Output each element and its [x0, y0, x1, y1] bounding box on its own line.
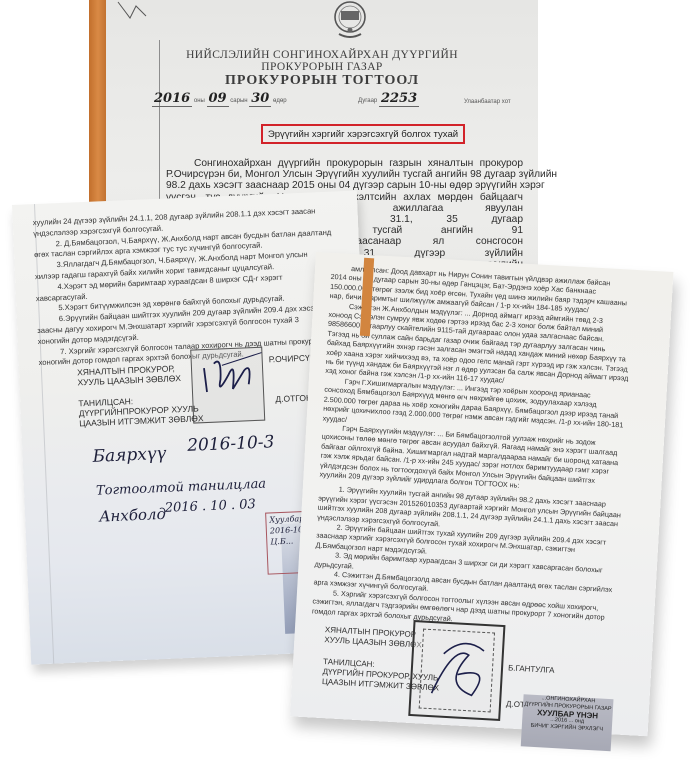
date-line: 2016 оны 09 сарын 30 өдөр	[152, 91, 287, 106]
day-label: өдөр	[273, 98, 287, 104]
certified-copy-stamp: ...ОНГИНОХАЙРХАН ДҮҮРГИЙН ПРОКУРОРЫН ГАЗ…	[521, 694, 614, 751]
number-line: Дугаар 2253	[358, 91, 419, 106]
state-emblem-icon	[325, 0, 375, 40]
signer-title: ХЯНАЛТЫН ПРОКУРОР, ХУУЛЬ ЦААЗЫН ЗӨВЛӨХ	[77, 363, 181, 387]
body-text-line: 98.2 дахь хэсэгт зааснаар 2015 оны 04 дү…	[166, 180, 523, 191]
year-label: оны	[194, 98, 205, 104]
handwritten-name-1: Баярхүү	[92, 444, 167, 467]
acknowledged-title-right: ТАНИЛЦСАН: ДҮҮРГИЙН ПРОКУРОР, ХУУЛЬ ЦААЗ…	[322, 657, 441, 693]
date-day: 30	[249, 91, 271, 107]
date-year: 2016	[152, 91, 192, 107]
city-label: Улаанбаатар хот	[464, 99, 511, 105]
signer-name-right: Б.ГАНТУЛГА	[508, 663, 555, 676]
document-number: 2253	[379, 91, 419, 107]
handwritten-date-2: 2016 . 10 . 03	[165, 497, 257, 516]
stamp-line: Ц.Б...	[270, 537, 293, 547]
stamp-line: Хуулбар	[269, 514, 304, 524]
org-name-line1: НИЙСЛЭЛИЙН СОНГИНОХАЙРХАН ДҮҮРГИЙН	[106, 49, 538, 61]
acknowledged-title: ТАНИЛЦСАН: ДҮҮРГИЙНПРОКУРОР ХУУЛЬ ЦААЗЫН…	[78, 393, 204, 428]
handwritten-acknowledgement: Тогтоолтой танилцлаа	[96, 477, 267, 499]
ink-scribble-mark	[116, 0, 156, 22]
doc-type-heading: ПРОКУРОРЫН ТОГТООЛ	[106, 73, 538, 89]
stamp-line: 2016-10	[270, 525, 304, 535]
number-label: Дугаар	[358, 98, 377, 104]
signer-title-right: ХЯНАЛТЫН ПРОКУРОР ХУУЛЬ ЦААЗЫН ЗӨВЛӨХ	[324, 625, 422, 650]
resolution-title: Эрүүгийн хэргийг хэрэгсэхгүй болгох туха…	[263, 129, 463, 140]
handwritten-name-2: Анхболд	[99, 505, 167, 526]
left-body-text: хуулийн 24 дүгээр зүйлийн 24.1.1, 208 ду…	[33, 205, 351, 369]
date-month: 09	[207, 91, 229, 107]
month-label: сарын	[230, 98, 247, 104]
body-text-line: Сонгинохайрхан дүүргийн прокурорын газры…	[166, 158, 523, 169]
highlighted-title-box: Эрүүгийн хэргийг хэрэгсэхгүй болгох туха…	[261, 124, 465, 144]
org-name-line2: ПРОКУРОРЫН ГАЗАР	[106, 61, 538, 73]
resolution-document-right: амлуулсан: Доод давхарт нь Нирун Сонин т…	[290, 252, 673, 736]
handwritten-date-1: 2016-10-3	[187, 432, 275, 456]
body-text-line: Р.Очирсүрэн би, Монгол Улсын Эрүүгийн ху…	[166, 169, 523, 180]
